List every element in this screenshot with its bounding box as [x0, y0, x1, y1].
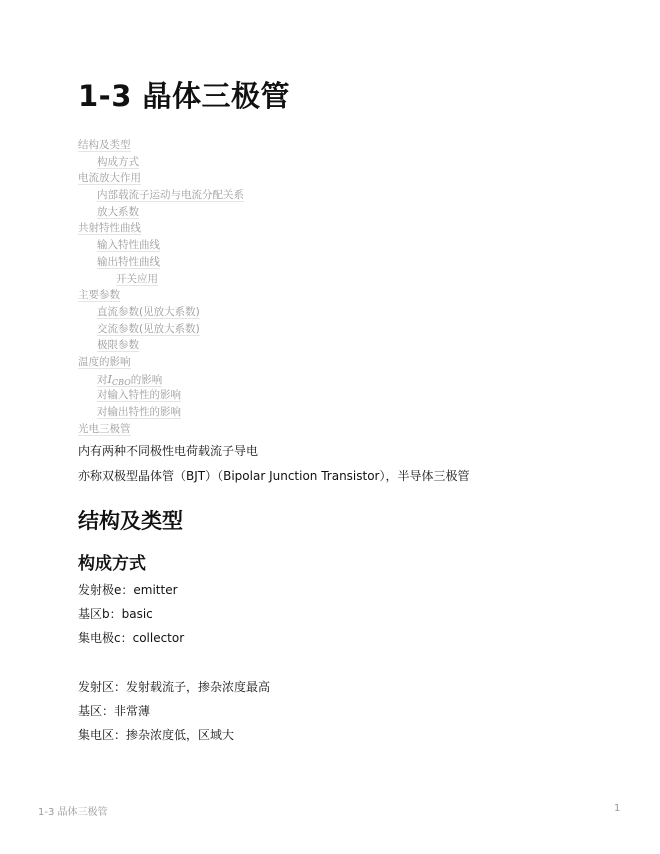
toc-item[interactable]: 对输入特性的影响: [78, 387, 478, 404]
toc-item[interactable]: 放大系数: [78, 204, 478, 221]
table-of-contents: 结构及类型 构成方式 电流放大作用 内部载流子运动与电流分配关系 放大系数 共射…: [78, 137, 478, 437]
toc-item[interactable]: 对输出特性的影响: [78, 404, 478, 421]
footer-page-number: 1: [614, 803, 620, 814]
toc-label-prefix: 对: [97, 374, 108, 386]
intro-paragraph: 内有两种不同极性电荷载流子导电: [78, 443, 258, 459]
electrode-item: 发射极e：emitter: [78, 582, 178, 598]
region-item: 集电区：掺杂浓度低，区域大: [78, 727, 234, 743]
toc-item[interactable]: 输入特性曲线: [78, 237, 478, 254]
toc-item[interactable]: 极限参数: [78, 337, 478, 354]
toc-item[interactable]: 温度的影响: [78, 354, 478, 371]
toc-item[interactable]: 直流参数(见放大系数): [78, 304, 478, 321]
math-icbo: ICBO: [108, 372, 131, 386]
section-heading: 结构及类型: [78, 507, 183, 535]
toc-item[interactable]: 电流放大作用: [78, 170, 478, 187]
footer-running-title: 1-3 晶体三极管: [38, 803, 108, 818]
toc-item[interactable]: 交流参数(见放大系数): [78, 321, 478, 338]
toc-label-suffix: 的影响: [131, 374, 163, 386]
toc-item[interactable]: 光电三极管: [78, 421, 478, 438]
region-item: 发射区：发射载流子，掺杂浓度最高: [78, 679, 270, 695]
toc-item[interactable]: 内部载流子运动与电流分配关系: [78, 187, 478, 204]
toc-item[interactable]: 共射特性曲线: [78, 220, 478, 237]
toc-item[interactable]: 输出特性曲线: [78, 254, 478, 271]
intro-paragraph: 亦称双极型晶体管（BJT）（Bipolar Junction Transisto…: [78, 468, 470, 484]
subsection-heading: 构成方式: [78, 553, 146, 575]
toc-item[interactable]: 开关应用: [78, 271, 478, 288]
region-item: 基区：非常薄: [78, 703, 150, 719]
toc-item[interactable]: 构成方式: [78, 154, 478, 171]
toc-item[interactable]: 主要参数: [78, 287, 478, 304]
page-title: 1-3 晶体三极管: [78, 76, 290, 116]
toc-item[interactable]: 对ICBO的影响: [78, 371, 478, 388]
toc-item[interactable]: 结构及类型: [78, 137, 478, 154]
electrode-item: 集电极c：collector: [78, 630, 184, 646]
electrode-item: 基区b：basic: [78, 606, 153, 622]
